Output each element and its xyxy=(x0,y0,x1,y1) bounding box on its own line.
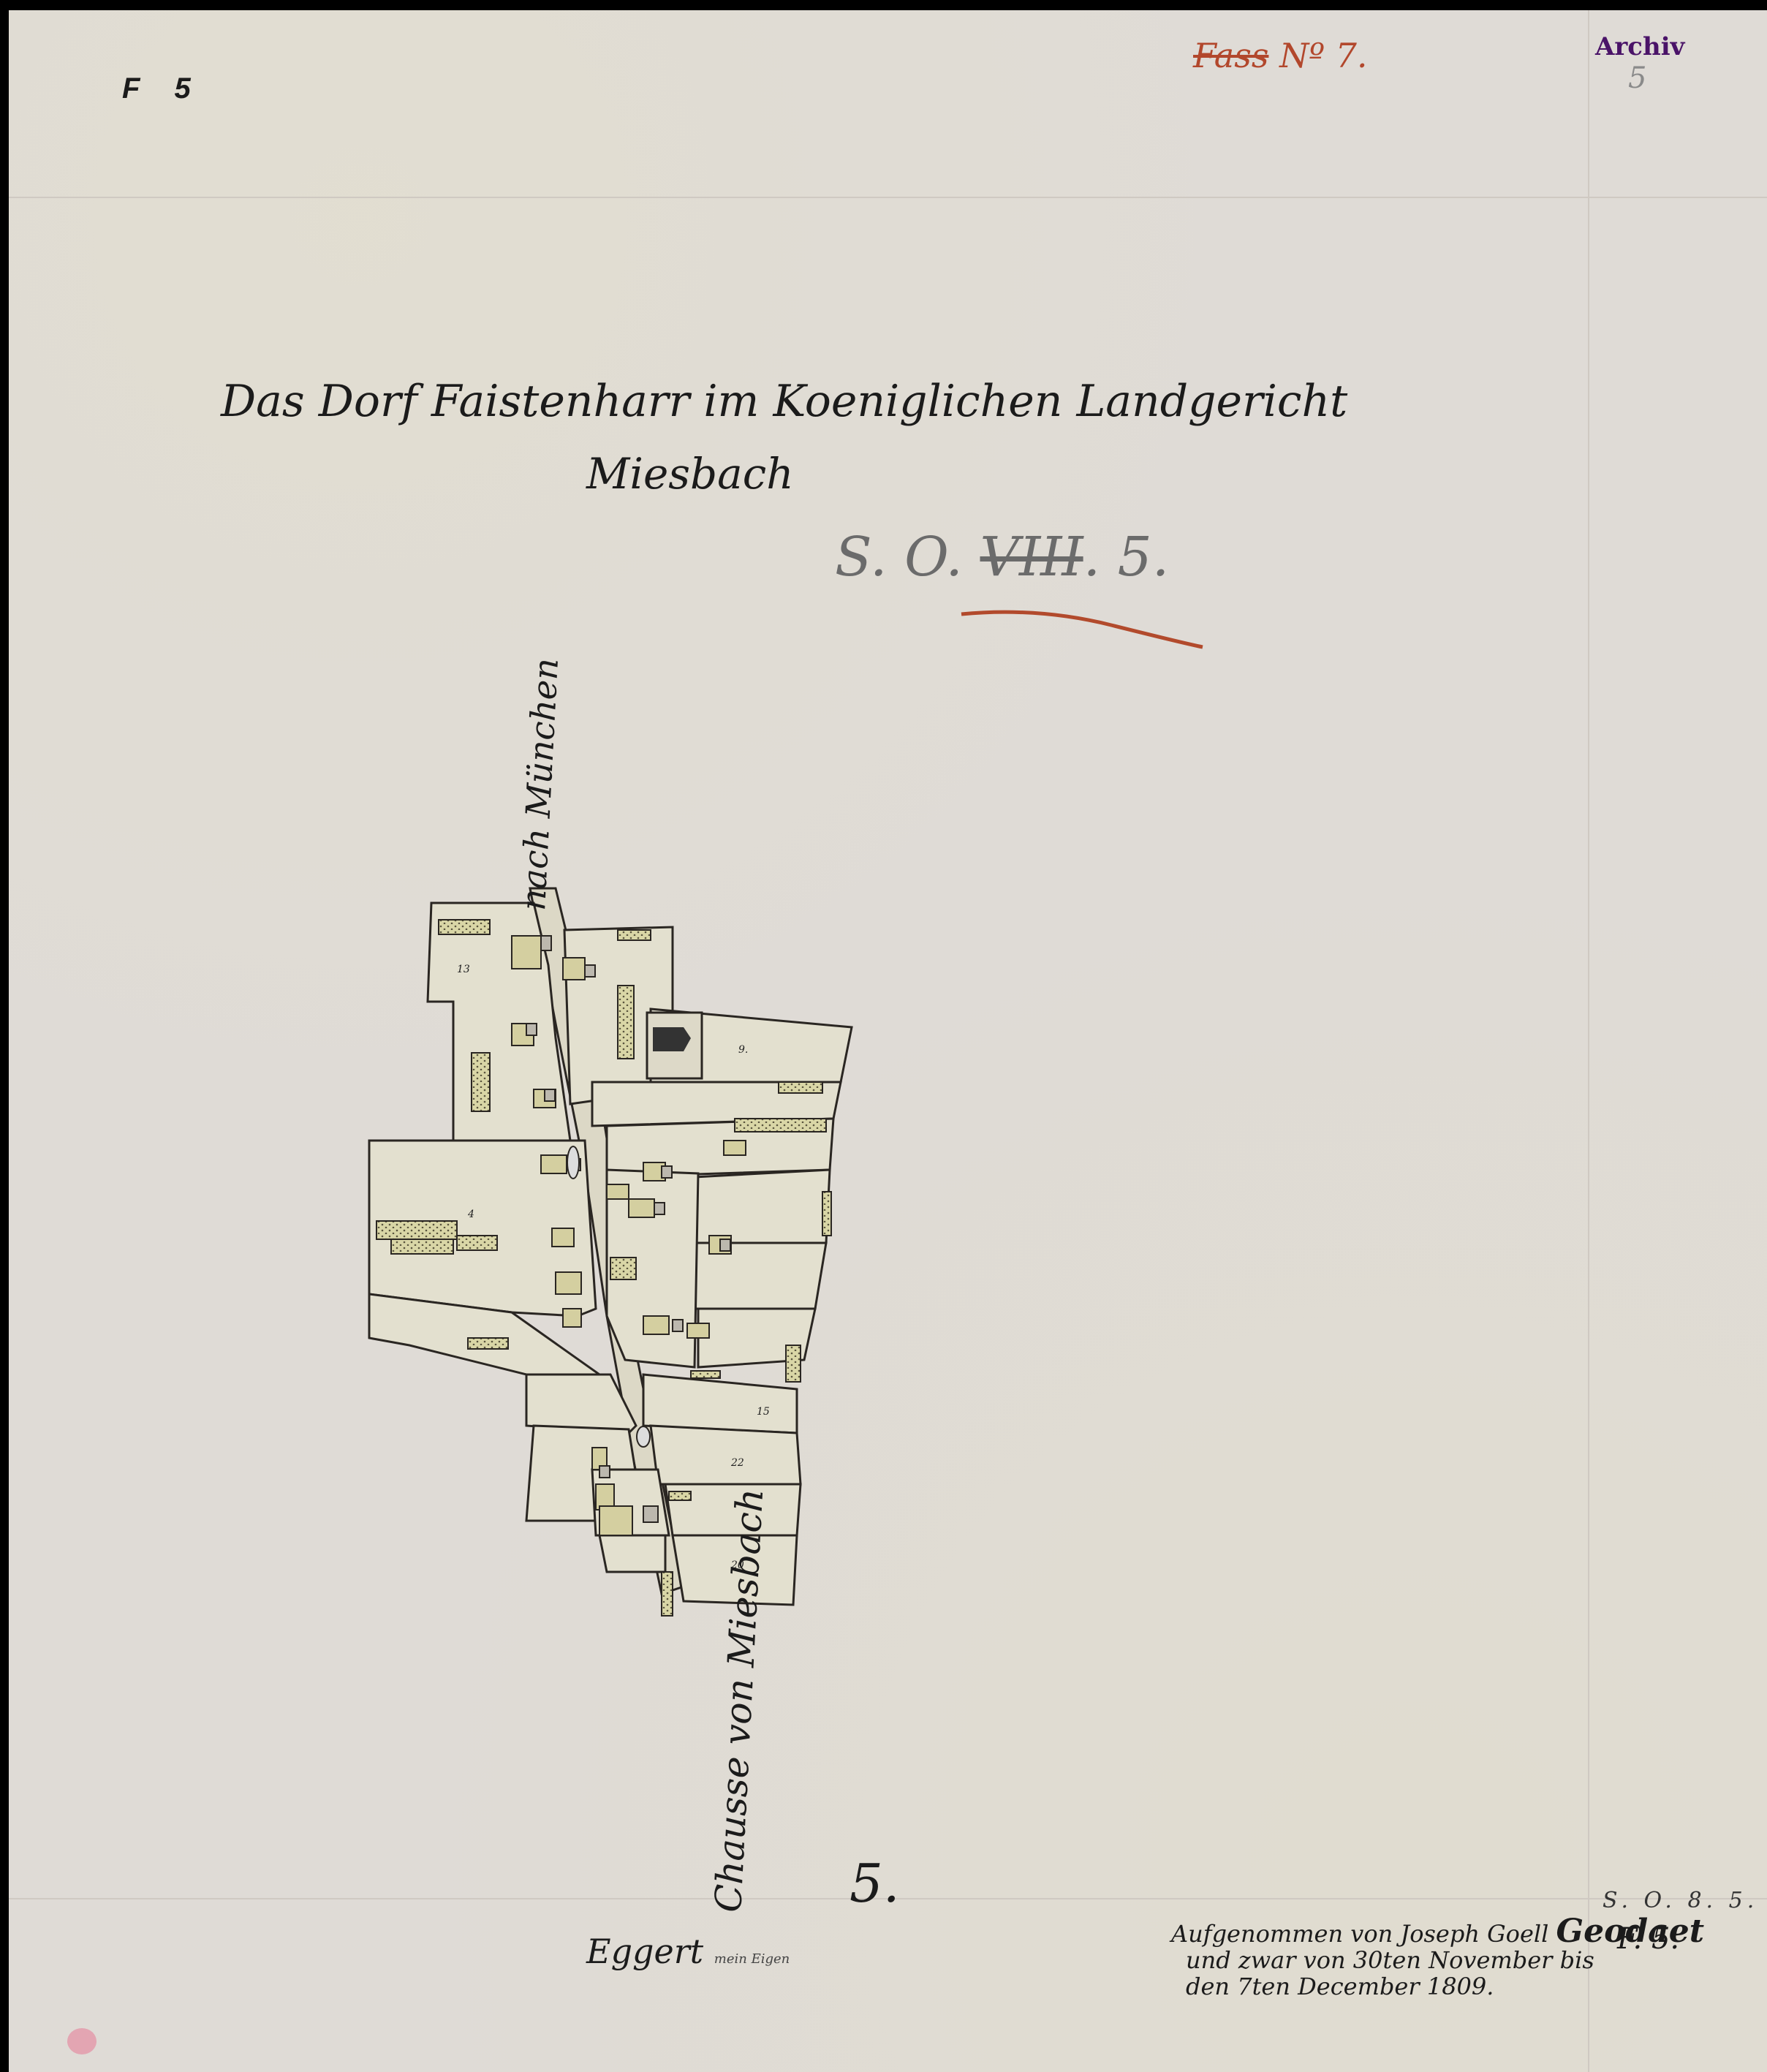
archive-stamp: Archiv xyxy=(1595,32,1684,61)
red-underline xyxy=(961,612,1203,647)
eggert-text: Eggert xyxy=(586,1932,703,1971)
pink-stain xyxy=(67,2028,97,2054)
map-title-line1: Das Dorf Faistenharr im Koeniglichen Lan… xyxy=(221,376,1347,427)
pencil-roman: VIII xyxy=(980,526,1083,589)
red-note-number: Nº 7. xyxy=(1279,36,1367,75)
eggert-note: mein Eigen xyxy=(714,1951,790,1967)
eggert-label: Eggert mein Eigen xyxy=(586,1932,790,1971)
sheet-number: 5. xyxy=(850,1853,900,1914)
svg-text:15: 15 xyxy=(757,1406,770,1418)
pencil-signature: S. O. VIII. 5. xyxy=(835,526,1169,589)
svg-text:4: 4 xyxy=(467,1209,474,1220)
village-plan: 9. 13 4 22 20 15 xyxy=(9,10,1767,2072)
map-title-line2: Miesbach xyxy=(586,449,794,499)
signature-line3: den 7ten December 1809. xyxy=(1171,1973,1704,2000)
church-icon xyxy=(653,1027,691,1051)
sheet-label: F 5 xyxy=(122,72,204,105)
signature-line1: Aufgenommen von Joseph Goell xyxy=(1171,1920,1548,1948)
svg-text:13: 13 xyxy=(457,964,470,975)
red-ink-note: Fass Nº 7. xyxy=(1193,36,1367,75)
pencil-prefix: S. O. xyxy=(835,526,963,589)
pencil-suffix: . 5. xyxy=(1083,526,1170,589)
svg-text:22: 22 xyxy=(730,1457,744,1469)
map-sheet: 9. 13 4 22 20 15 F 5 Fass Nº 7. Archiv 5… xyxy=(9,10,1767,2072)
svg-text:9.: 9. xyxy=(738,1044,748,1056)
archive-sub-number: 5 xyxy=(1628,61,1646,95)
corner-f5: F. 5. xyxy=(1617,1922,1679,1956)
red-note-struck: Fass xyxy=(1193,36,1268,75)
corner-code: S. O. 8. 5. xyxy=(1603,1888,1758,1913)
